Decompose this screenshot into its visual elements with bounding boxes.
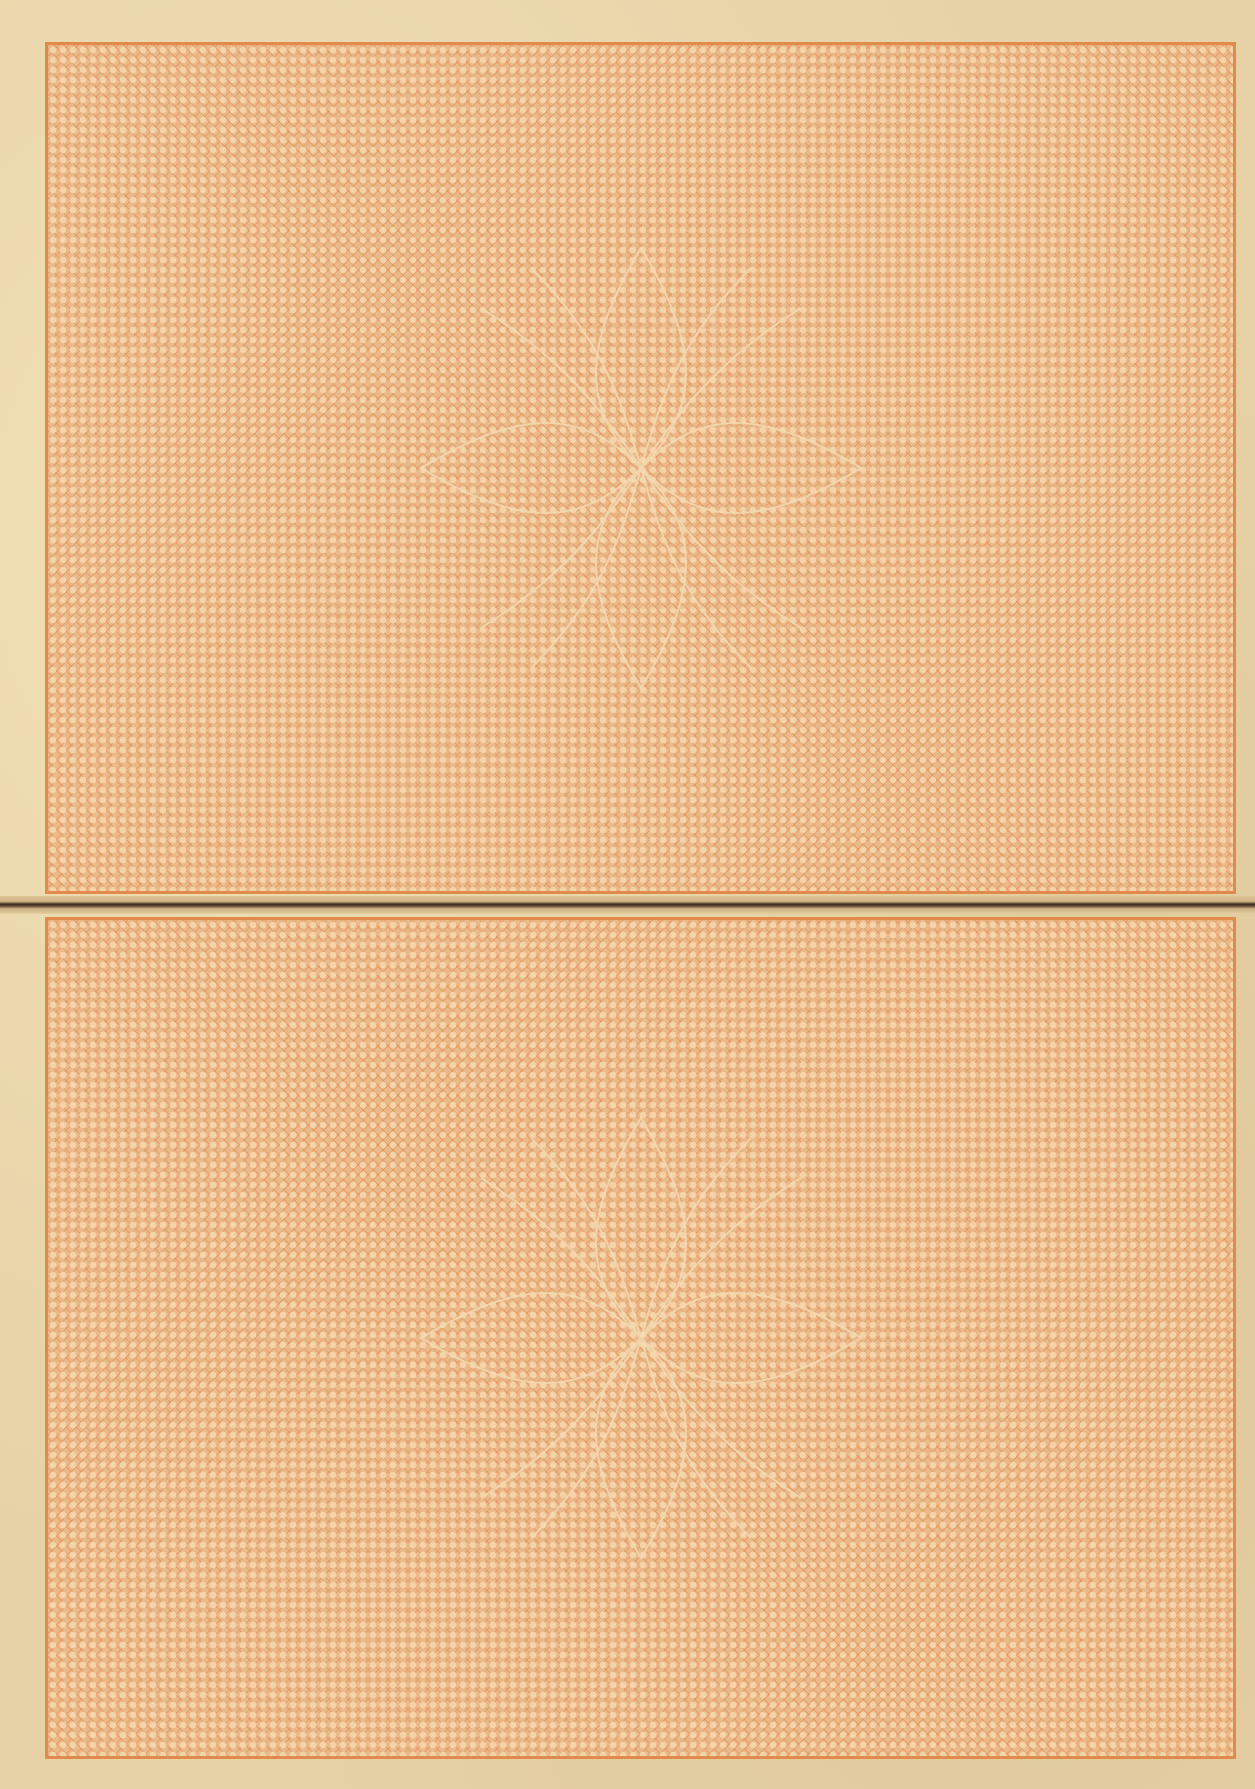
top-page-rotated bbox=[48, 45, 1233, 891]
page-fold bbox=[0, 896, 1255, 914]
bottom-page-rotated bbox=[48, 920, 1233, 1756]
top-panel bbox=[45, 42, 1236, 894]
top-page-content bbox=[1195, 83, 1233, 859]
bottom-page-content bbox=[1193, 958, 1233, 1724]
bottom-panel bbox=[45, 917, 1236, 1759]
